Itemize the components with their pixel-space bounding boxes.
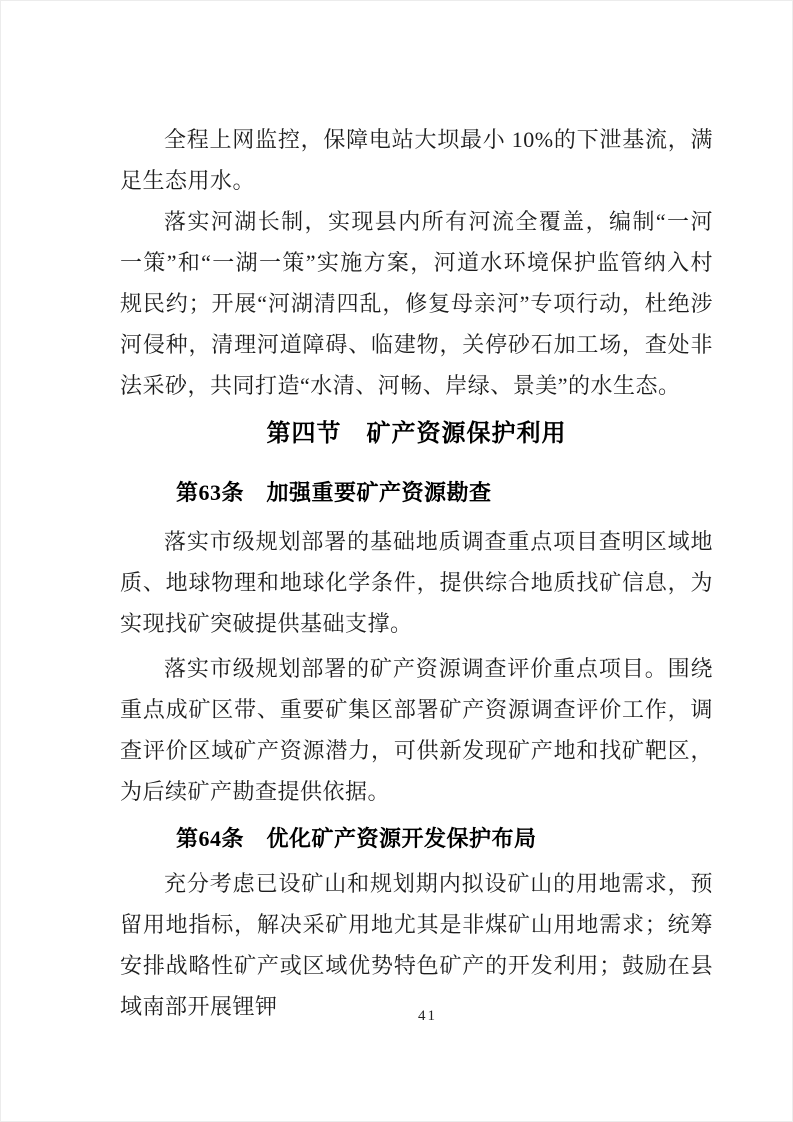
paragraph-river-lake-chief: 落实河湖长制，实现县内所有河流全覆盖，编制“一河一策”和“一湖一策”实施方案，河… xyxy=(120,201,713,406)
page-number: 41 xyxy=(131,1006,724,1026)
document-page: 全程上网监控，保障电站大坝最小 10%的下泄基流，满足生态用水。 落实河湖长制，… xyxy=(0,0,793,1122)
paragraph-ecological-water: 全程上网监控，保障电站大坝最小 10%的下泄基流，满足生态用水。 xyxy=(120,119,713,201)
paragraph-geological-survey: 落实市级规划部署的基础地质调查重点项目查明区域地质、地球物理和地球化学条件，提供… xyxy=(120,521,713,644)
page-content: 全程上网监控，保障电站大坝最小 10%的下泄基流，满足生态用水。 落实河湖长制，… xyxy=(120,119,713,1027)
article-64-heading: 第64条 优化矿产资源开发保护布局 xyxy=(120,818,713,859)
article-63-heading: 第63条 加强重要矿产资源勘查 xyxy=(120,472,713,513)
section-heading-mineral-resources: 第四节 矿产资源保护利用 xyxy=(120,412,713,456)
paragraph-mineral-survey-evaluation: 落实市级规划部署的矿产资源调查评价重点项目。围绕重点成矿区带、重要矿集区部署矿产… xyxy=(120,648,713,812)
paragraph-mining-land-use: 充分考虑已设矿山和规划期内拟设矿山的用地需求，预留用地指标，解决采矿用地尤其是非… xyxy=(120,863,713,1027)
